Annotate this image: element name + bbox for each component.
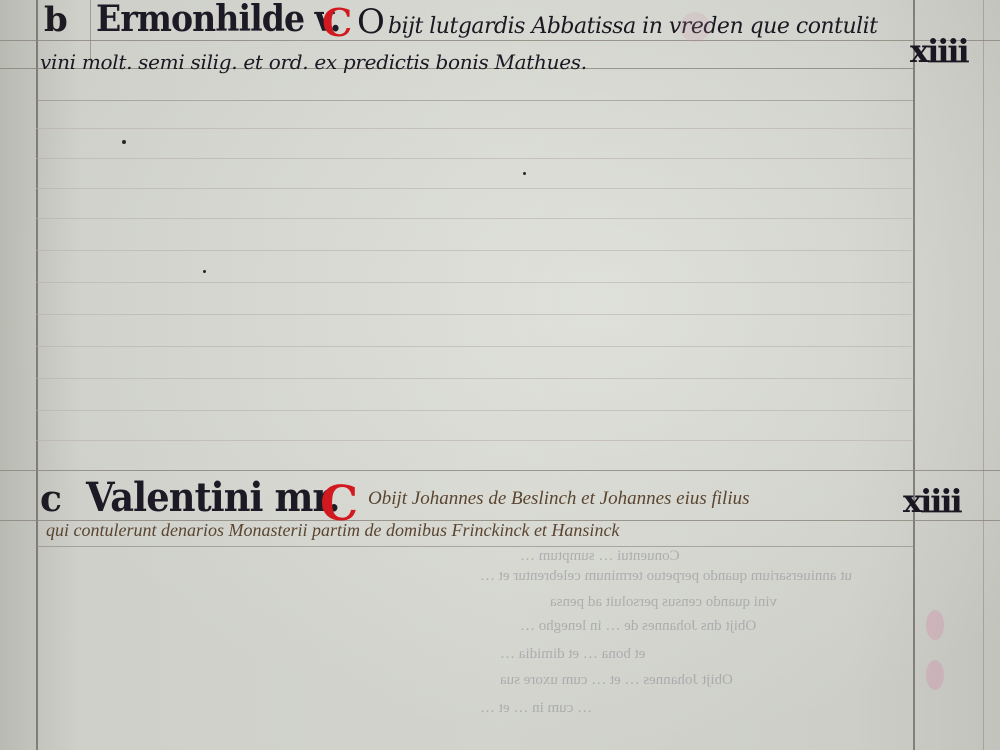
right-text-rule [913,0,915,750]
entry2-top-rule [0,470,1000,471]
blank-ruling [36,128,914,129]
dominical-letter: b [44,0,68,40]
showthrough-line: … cum in … et … [480,700,592,717]
dominical-letter: c [40,478,62,520]
blank-ruling [36,346,914,347]
ink-speck [203,270,206,273]
showthrough-rubric-mark [926,660,944,690]
showthrough-line: Obijt dns Johannes de … in lenegho … [520,618,756,635]
blank-ruling [36,314,914,315]
obit-line-2: qui contulerunt denarios Monasterii part… [46,520,619,541]
left-margin-rule [36,0,38,750]
date-numeral: xiiii [903,482,961,520]
obit-line-1: bijt lutgardis Abbatissa in vreden que c… [388,14,878,39]
manuscript-page: b Ermonhilde v. C O bijt lutgardis Abbat… [0,0,1000,750]
blank-ruling [36,188,914,189]
showthrough-line: Conuentui … sumptum … [520,548,680,565]
obit-initial: O [357,2,385,42]
obit-line-1: Obijt Johannes de Beslinch et Johannes e… [368,488,750,510]
entry1-baseline-rule [0,40,1000,41]
showthrough-line: Obijt Johannes … et … cum uxore sua [500,672,733,689]
outer-margin-rule [983,0,984,750]
showthrough-rubric-mark [926,610,944,640]
blank-ruling [36,378,914,379]
feast-name: Ermonhilde v. [96,0,340,40]
blank-ruling [36,410,914,411]
date-numeral: xiiii [910,32,968,70]
blank-ruling [36,282,914,283]
blank-ruling [36,158,914,159]
showthrough-rubric-mark [680,12,710,42]
showthrough-line: vini quando census persoluit ad pensa [550,594,777,611]
ink-speck [523,172,526,175]
blank-ruling [36,218,914,219]
blank-ruling [36,440,914,441]
feast-name: Valentini mr. [86,474,340,521]
ink-speck [122,140,126,144]
showthrough-line: et bona … et dimidia … [500,646,645,663]
blank-ruling [36,250,914,251]
obit-line-2: vini molt. semi silig. et ord. ex predic… [40,50,587,74]
entry2-second-rule [36,546,914,547]
showthrough-line: ut anniuersarium quando perpetuo terminu… [480,568,852,585]
entry1-bottom-rule [36,100,914,101]
rubric-initial: C [322,0,352,45]
